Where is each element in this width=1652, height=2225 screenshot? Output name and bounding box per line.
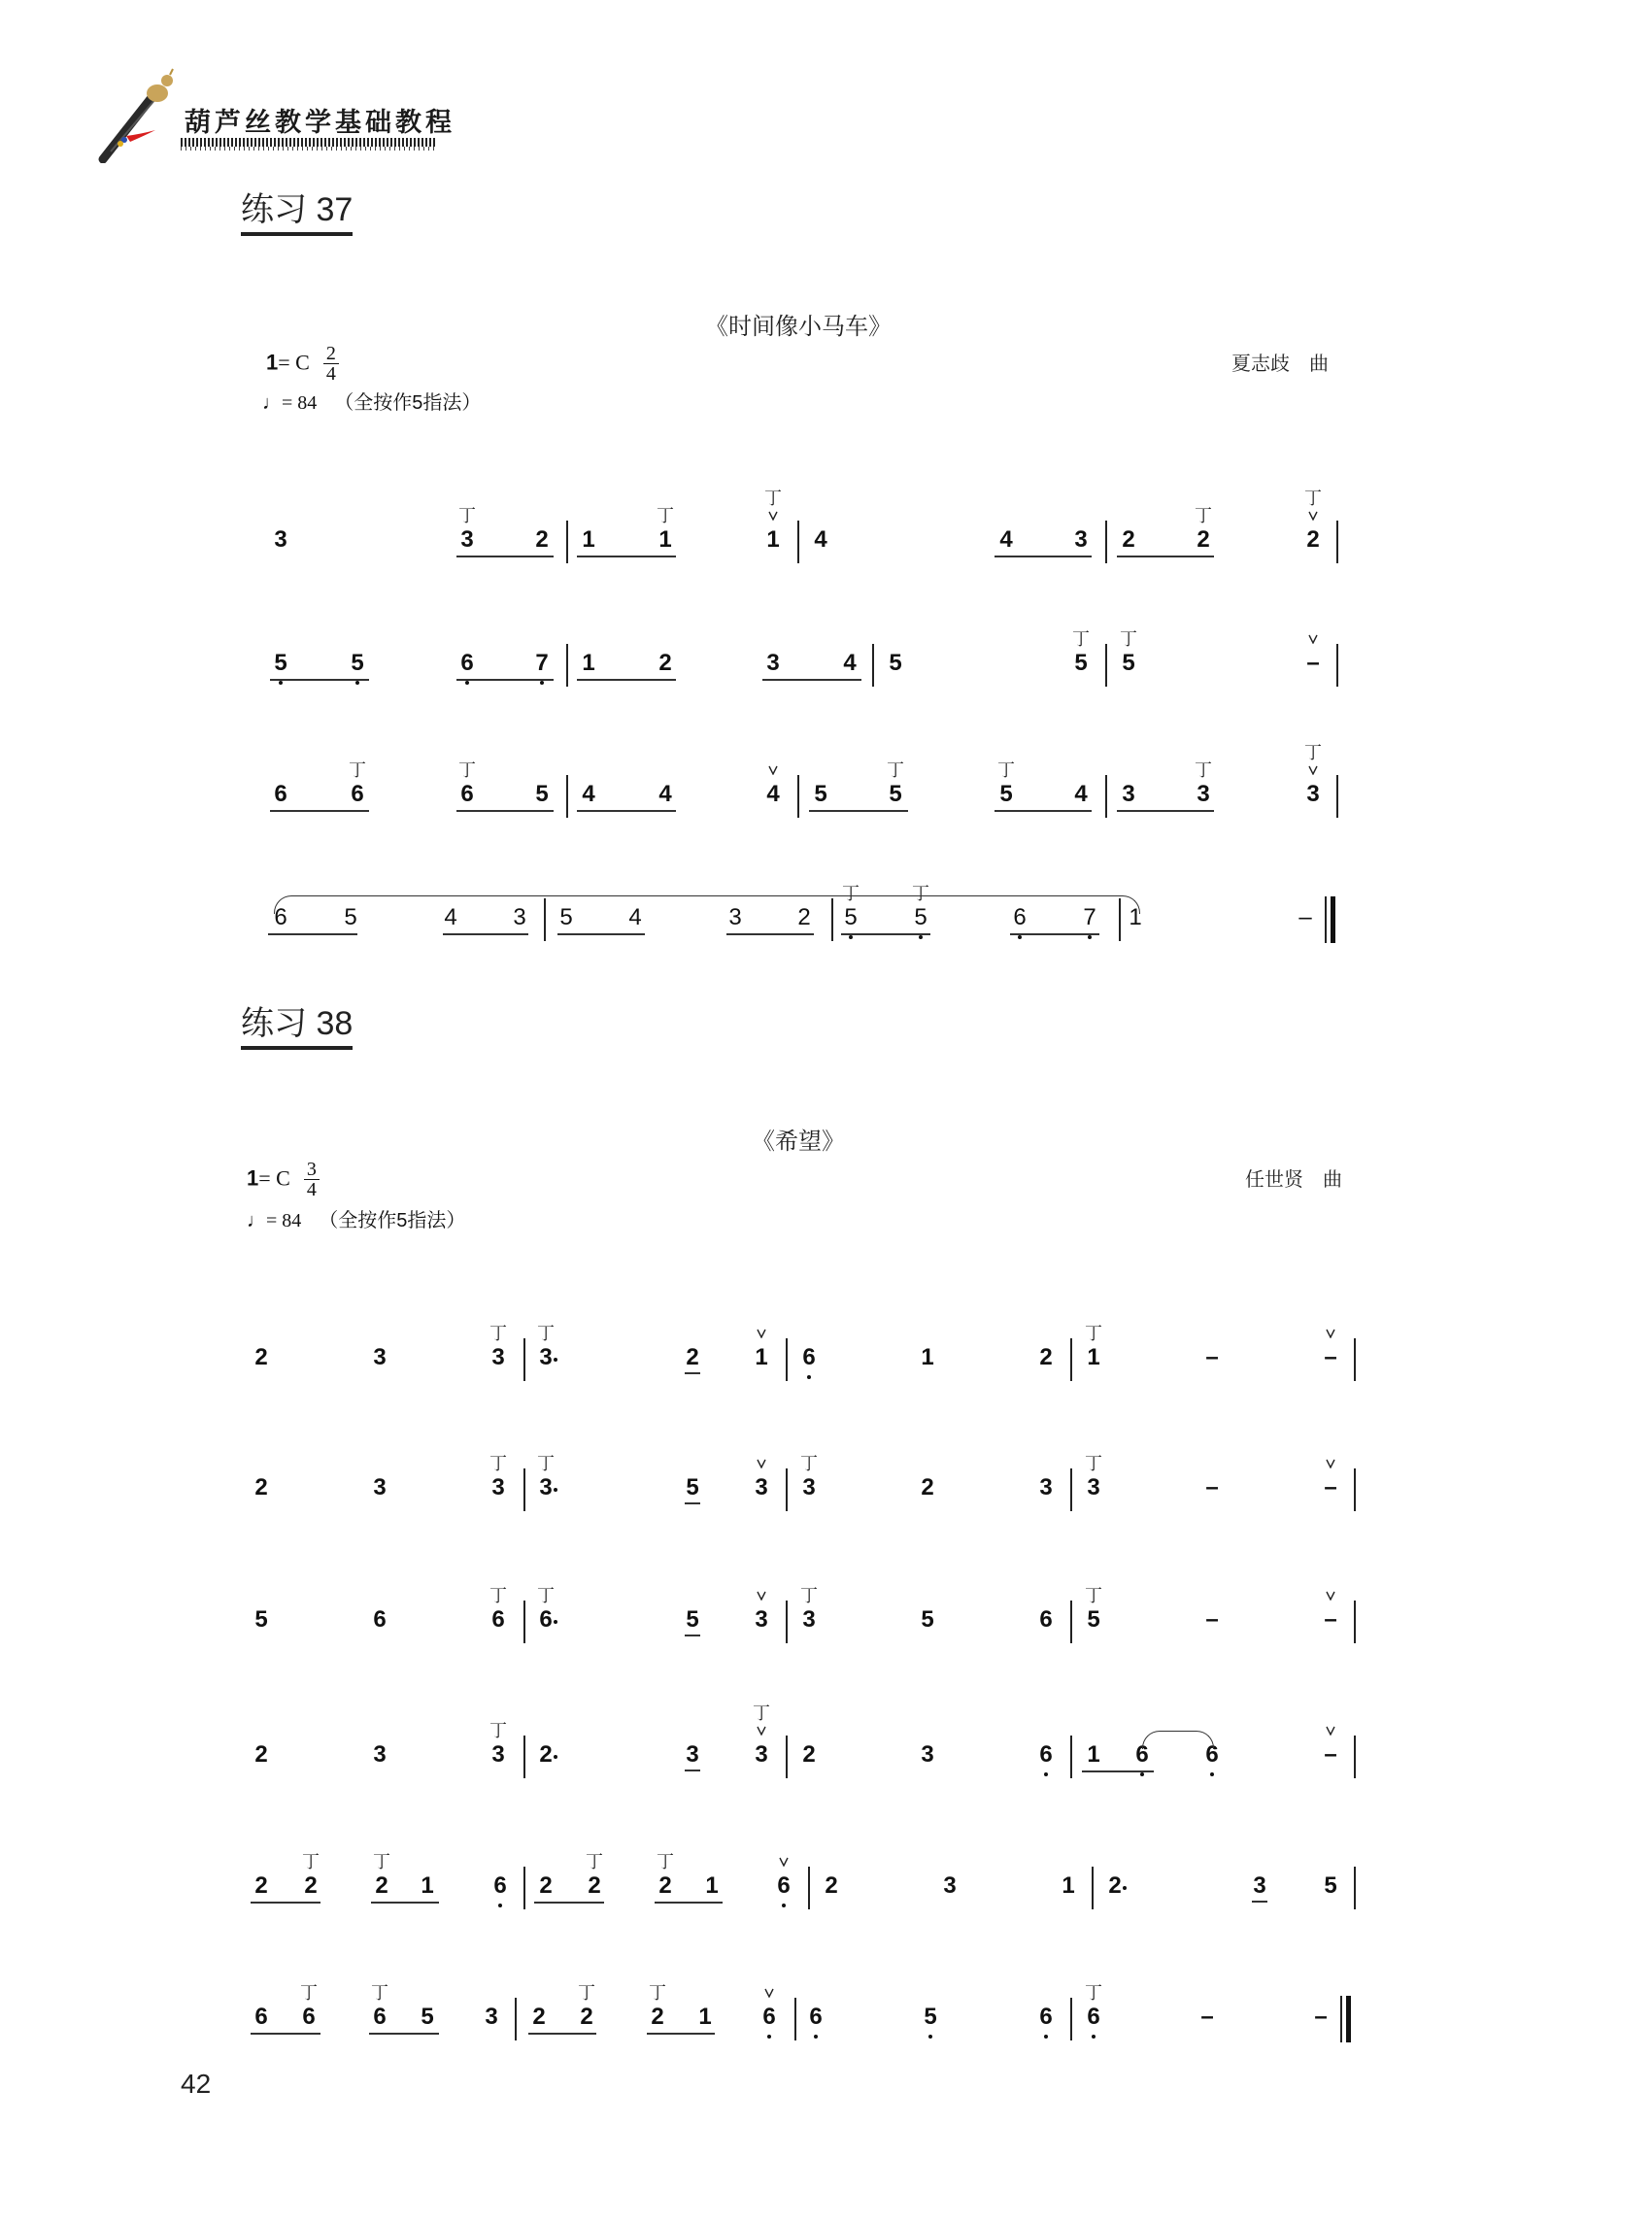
note: 2	[527, 528, 556, 552]
note: 3	[794, 1608, 824, 1632]
note: 1	[697, 1874, 726, 1898]
barline	[808, 1867, 810, 1909]
octave-low-dot	[279, 681, 283, 685]
tongue-mark: 丁	[747, 1704, 776, 1722]
underline-beam	[268, 933, 357, 935]
tongue-mark: 丁	[365, 1984, 394, 2002]
underline-beam	[809, 810, 908, 812]
augmentation-dot	[554, 1620, 557, 1624]
underline-beam	[534, 1902, 604, 1904]
barline	[786, 1468, 788, 1511]
note: 5	[678, 1476, 707, 1500]
note: 1	[651, 528, 680, 552]
note: 2	[531, 1874, 560, 1898]
barline	[1336, 644, 1338, 687]
underline-beam	[685, 1502, 700, 1504]
note: 6	[365, 1608, 394, 1632]
underline-beam	[270, 810, 369, 812]
barline	[797, 775, 799, 818]
note: 5	[678, 1608, 707, 1632]
tongue-mark: 丁	[651, 507, 680, 524]
quarter-note-icon: ♩	[247, 1210, 266, 1231]
barline	[1092, 1867, 1094, 1909]
note: 3	[935, 1874, 964, 1898]
barline	[786, 1736, 788, 1778]
note: 5	[881, 652, 910, 675]
note: 3	[1245, 1874, 1274, 1898]
underline-beam	[1010, 933, 1099, 935]
barline	[872, 644, 874, 687]
note: 6	[365, 2006, 394, 2029]
tongue-mark: 丁	[531, 1587, 560, 1604]
tongue-mark: 丁	[881, 761, 910, 779]
tongue-mark: 丁	[453, 507, 482, 524]
quarter-note-icon: ♩	[262, 392, 282, 414]
key-signature: 1= C34	[247, 1161, 320, 1198]
barline	[1070, 1601, 1072, 1643]
note: 3	[794, 1476, 824, 1500]
final-barline-thin	[1340, 1996, 1342, 2042]
note: 4	[651, 783, 680, 806]
note: 3	[266, 528, 295, 552]
note: –	[1193, 2006, 1222, 2029]
song-title: 《时间像小马车》	[705, 307, 892, 341]
note: 2	[817, 1874, 846, 1898]
note: –	[1197, 1346, 1227, 1369]
exercise-heading: 练习 37	[241, 192, 353, 236]
note: 5	[343, 652, 372, 675]
octave-low-dot	[919, 935, 923, 939]
tongue-mark: 丁	[294, 1984, 323, 2002]
note: –	[1197, 1476, 1227, 1500]
note: 4	[1066, 783, 1096, 806]
underline-beam	[685, 1770, 700, 1771]
note: 5	[916, 2006, 945, 2029]
underline-beam	[251, 1902, 320, 1904]
breath-mark-icon	[755, 1984, 784, 2002]
barline	[786, 1601, 788, 1643]
note: 2	[524, 2006, 554, 2029]
note: 4	[574, 783, 603, 806]
note: –	[1316, 1476, 1345, 1500]
key-tonic: 1	[266, 350, 278, 374]
octave-low-dot	[782, 1904, 786, 1907]
note: 4	[806, 528, 835, 552]
underline-beam	[557, 933, 645, 935]
note: 2	[794, 1743, 824, 1767]
tempo-value: = 84	[266, 1210, 301, 1231]
barline	[1105, 521, 1107, 563]
barline	[1354, 1867, 1356, 1909]
barline	[1070, 1338, 1072, 1381]
final-barline-thick	[1346, 1996, 1351, 2042]
note: 2	[643, 2006, 672, 2029]
note: 6	[1079, 2006, 1108, 2029]
note: 2	[1298, 528, 1328, 552]
tongue-mark: 丁	[484, 1455, 513, 1472]
underline-beam	[251, 2033, 320, 2035]
underline-beam	[577, 556, 676, 557]
breath-mark-icon	[1316, 1325, 1345, 1342]
breath-mark-icon	[1298, 507, 1328, 524]
tempo-value: = 84	[282, 392, 317, 414]
note: 1	[1079, 1743, 1108, 1767]
underline-beam	[1082, 1770, 1154, 1772]
note: 6	[343, 783, 372, 806]
note: 3	[747, 1608, 776, 1632]
note: 3	[1114, 783, 1143, 806]
note: 3	[453, 528, 482, 552]
underline-beam	[685, 1635, 700, 1636]
note: 4	[992, 528, 1021, 552]
barline	[1336, 521, 1338, 563]
tongue-mark: 丁	[572, 1984, 601, 2002]
note: 6	[247, 2006, 276, 2029]
tongue-mark: 丁	[1298, 744, 1328, 761]
barline	[523, 1468, 525, 1511]
octave-low-dot	[1088, 935, 1092, 939]
note: 2	[913, 1476, 942, 1500]
underline-beam	[762, 679, 861, 681]
note: 2	[678, 1346, 707, 1369]
octave-low-dot	[540, 681, 544, 685]
note: –	[1316, 1608, 1345, 1632]
book-title: 葫芦丝教学基础教程	[185, 101, 455, 139]
note: 2	[1189, 528, 1218, 552]
barline	[797, 521, 799, 563]
fingering-note: （全按作5指法）	[319, 1210, 465, 1231]
note: –	[1298, 652, 1328, 675]
note: 6	[294, 2006, 323, 2029]
octave-low-dot	[355, 681, 359, 685]
fingering-note: （全按作5指法）	[334, 392, 481, 414]
note: 5	[992, 783, 1021, 806]
header-fringe-decoration	[181, 147, 435, 151]
note: 2	[580, 1874, 609, 1898]
tongue-mark: 丁	[1079, 1587, 1108, 1604]
underline-beam	[456, 679, 554, 681]
breath-mark-icon	[759, 507, 788, 524]
breath-mark-icon	[747, 1455, 776, 1472]
tongue-mark: 丁	[794, 1455, 824, 1472]
note: 2	[1114, 528, 1143, 552]
note: 3	[1189, 783, 1218, 806]
augmentation-dot	[1123, 1886, 1127, 1890]
note: –	[1316, 1346, 1345, 1369]
tongue-mark: 丁	[367, 1853, 396, 1871]
note: 2	[572, 2006, 601, 2029]
octave-low-dot	[1140, 1772, 1144, 1776]
barline	[515, 1998, 517, 2040]
octave-low-dot	[1044, 1772, 1048, 1776]
underline-beam	[577, 679, 676, 681]
note: 2	[247, 1476, 276, 1500]
tongue-mark: 丁	[484, 1722, 513, 1739]
barline	[1354, 1736, 1356, 1778]
underline-beam	[995, 810, 1092, 812]
barline	[523, 1867, 525, 1909]
breath-mark-icon	[759, 761, 788, 779]
tongue-mark: 丁	[1189, 507, 1218, 524]
time-top: 2	[326, 345, 336, 362]
note: 6	[453, 652, 482, 675]
barline	[1354, 1468, 1356, 1511]
note: 5	[1066, 652, 1096, 675]
tongue-mark: 丁	[1079, 1455, 1108, 1472]
underline-beam	[995, 556, 1092, 557]
barline	[1354, 1338, 1356, 1381]
underline-beam	[1117, 810, 1214, 812]
breath-mark-icon	[1298, 761, 1328, 779]
barline	[523, 1338, 525, 1381]
underline-beam	[655, 1902, 723, 1904]
tongue-mark: 丁	[484, 1587, 513, 1604]
underline-beam	[456, 810, 554, 812]
note: 5	[266, 652, 295, 675]
key-tonic: 1	[247, 1165, 258, 1190]
octave-low-dot	[498, 1904, 502, 1907]
octave-low-dot	[767, 2035, 771, 2039]
note: 1	[747, 1346, 776, 1369]
note: 3	[484, 1743, 513, 1767]
note: –	[1291, 906, 1320, 929]
slur-arc	[274, 895, 1140, 914]
note: 5	[881, 783, 910, 806]
note: 5	[247, 1608, 276, 1632]
key-equals: = C	[258, 1165, 290, 1190]
octave-low-dot	[849, 935, 853, 939]
underline-beam	[270, 679, 369, 681]
note: 1	[913, 1346, 942, 1369]
final-barline-thick	[1331, 896, 1335, 943]
note: 3	[1031, 1476, 1061, 1500]
breath-mark-icon	[1298, 630, 1328, 648]
key-equals: = C	[278, 350, 310, 374]
tongue-mark: 丁	[531, 1455, 560, 1472]
augmentation-dot	[554, 1358, 557, 1362]
composer-credit: 夏志歧 曲	[1231, 348, 1329, 376]
note: 3	[484, 1346, 513, 1369]
tongue-mark: 丁	[759, 489, 788, 507]
note: 2	[247, 1346, 276, 1369]
tongue-mark: 丁	[1079, 1325, 1108, 1342]
key-signature: 1= C24	[266, 345, 339, 383]
breath-mark-icon	[1316, 1455, 1345, 1472]
note: 4	[759, 783, 788, 806]
breath-mark-icon	[747, 1722, 776, 1739]
breath-mark-icon	[1316, 1587, 1345, 1604]
breath-mark-icon	[747, 1325, 776, 1342]
note: 2	[247, 1743, 276, 1767]
underline-beam	[841, 933, 930, 935]
note: 3	[678, 1743, 707, 1767]
breath-mark-icon	[1316, 1722, 1345, 1739]
note: 1	[574, 652, 603, 675]
tongue-mark: 丁	[1079, 1984, 1108, 2002]
note: 2	[296, 1874, 325, 1898]
barline	[566, 644, 568, 687]
note: –	[1197, 1608, 1227, 1632]
note: 1	[1054, 1874, 1083, 1898]
page-number: 42	[181, 2069, 211, 2100]
breath-mark-icon	[747, 1587, 776, 1604]
note: 7	[527, 652, 556, 675]
note: 2	[247, 1874, 276, 1898]
breath-mark-icon	[769, 1853, 798, 1871]
note: 3	[365, 1743, 394, 1767]
note: 3	[913, 1743, 942, 1767]
note: 1	[1079, 1346, 1108, 1369]
barline	[1354, 1601, 1356, 1643]
note: 4	[835, 652, 864, 675]
tongue-mark: 丁	[453, 761, 482, 779]
octave-low-dot	[807, 1375, 811, 1379]
tongue-mark: 丁	[794, 1587, 824, 1604]
note: 6	[755, 2006, 784, 2029]
octave-low-dot	[1210, 1772, 1214, 1776]
octave-low-dot	[814, 2035, 818, 2039]
barline	[1070, 1468, 1072, 1511]
note: 2	[651, 652, 680, 675]
tongue-mark: 丁	[1189, 761, 1218, 779]
note: 1	[759, 528, 788, 552]
note: 1	[574, 528, 603, 552]
note: 5	[1079, 1608, 1108, 1632]
barline	[1105, 644, 1107, 687]
time-bottom: 4	[326, 365, 336, 383]
note: 6	[486, 1874, 515, 1898]
note: 3	[484, 1476, 513, 1500]
barline	[794, 1998, 796, 2040]
note: –	[1306, 2006, 1335, 2029]
tongue-mark: 丁	[992, 761, 1021, 779]
augmentation-dot	[554, 1755, 557, 1759]
note: 6	[453, 783, 482, 806]
barline	[523, 1736, 525, 1778]
note: 5	[413, 2006, 442, 2029]
note: 5	[806, 783, 835, 806]
barline	[1105, 775, 1107, 818]
note: 6	[484, 1608, 513, 1632]
note: 6	[266, 783, 295, 806]
note: 3	[1066, 528, 1096, 552]
underline-beam	[577, 810, 676, 812]
barline	[786, 1338, 788, 1381]
octave-low-dot	[1092, 2035, 1096, 2039]
underline-beam	[443, 933, 528, 935]
barline	[566, 521, 568, 563]
barline	[1070, 1998, 1072, 2040]
note: 6	[1031, 2006, 1061, 2029]
final-barline-thin	[1325, 896, 1327, 943]
note: 2	[367, 1874, 396, 1898]
octave-low-dot	[1018, 935, 1022, 939]
tempo-marking: ♩= 84（全按作5指法）	[262, 387, 481, 415]
barline	[1336, 775, 1338, 818]
barline	[523, 1601, 525, 1643]
note: 5	[1316, 1874, 1345, 1898]
time-signature: 24	[323, 345, 339, 383]
note: 5	[527, 783, 556, 806]
underline-beam	[1117, 556, 1214, 557]
time-bottom: 4	[307, 1181, 317, 1198]
underline-beam	[528, 2033, 596, 2035]
tongue-mark: 丁	[1298, 489, 1328, 507]
note: 5	[913, 1608, 942, 1632]
tongue-mark: 丁	[651, 1853, 680, 1871]
underline-beam	[1252, 1901, 1267, 1903]
note: 1	[413, 1874, 442, 1898]
note: 6	[1031, 1743, 1061, 1767]
note: 6	[801, 2006, 830, 2029]
augmentation-dot	[554, 1488, 557, 1492]
underline-beam	[456, 556, 554, 557]
slur-arc	[1142, 1731, 1214, 1749]
time-top: 3	[307, 1161, 317, 1178]
note: 6	[1031, 1608, 1061, 1632]
octave-low-dot	[1044, 2035, 1048, 2039]
note: 3	[365, 1476, 394, 1500]
note: 2	[1031, 1346, 1061, 1369]
note: 6	[794, 1346, 824, 1369]
note: 3	[477, 2006, 506, 2029]
tongue-mark: 丁	[643, 1984, 672, 2002]
note: 3	[365, 1346, 394, 1369]
underline-beam	[685, 1372, 700, 1374]
tongue-mark: 丁	[1114, 630, 1143, 648]
note: 2	[651, 1874, 680, 1898]
song-title: 《希望》	[752, 1122, 845, 1156]
barline	[1070, 1736, 1072, 1778]
time-signature: 34	[304, 1161, 320, 1198]
tongue-mark: 丁	[343, 761, 372, 779]
tongue-mark: 丁	[531, 1325, 560, 1342]
note: 6	[769, 1874, 798, 1898]
tongue-mark: 丁	[580, 1853, 609, 1871]
tongue-mark: 丁	[484, 1325, 513, 1342]
note: 3	[747, 1476, 776, 1500]
exercise-heading: 练习 38	[241, 1006, 353, 1050]
note: 3	[759, 652, 788, 675]
tongue-mark: 丁	[296, 1853, 325, 1871]
octave-low-dot	[928, 2035, 932, 2039]
underline-beam	[371, 1902, 439, 1904]
note: 5	[1114, 652, 1143, 675]
barline	[566, 775, 568, 818]
note: 1	[691, 2006, 720, 2029]
tempo-marking: ♩= 84（全按作5指法）	[247, 1204, 465, 1232]
underline-beam	[369, 2033, 439, 2035]
note: –	[1316, 1743, 1345, 1767]
tongue-mark: 丁	[1066, 630, 1096, 648]
octave-low-dot	[465, 681, 469, 685]
underline-beam	[647, 2033, 715, 2035]
underline-beam	[726, 933, 814, 935]
note: 3	[747, 1743, 776, 1767]
composer-credit: 任世贤 曲	[1245, 1163, 1342, 1192]
hulusi-logo-icon	[97, 66, 194, 163]
note: 3	[1298, 783, 1328, 806]
note: 3	[1079, 1476, 1108, 1500]
